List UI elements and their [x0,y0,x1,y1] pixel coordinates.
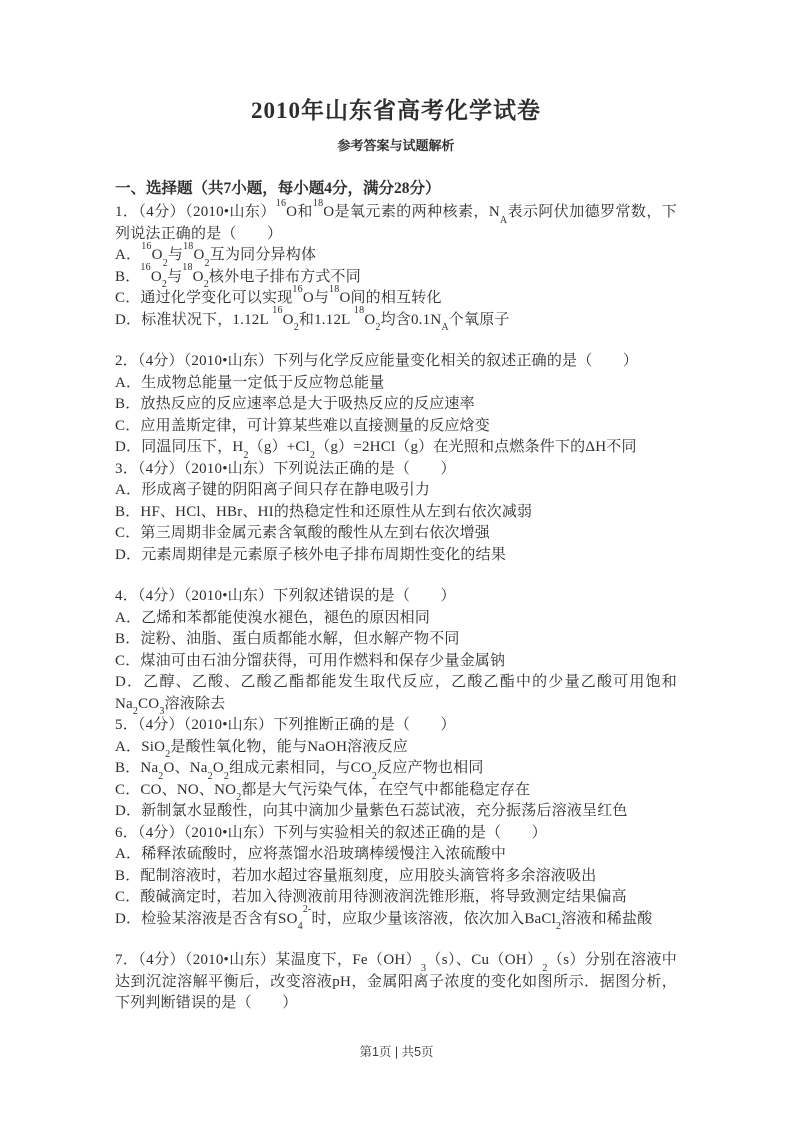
option-b: B．放热反应的反应速率总是大于吸热反应的反应速率 [115,394,677,416]
option-d: D．新制氯水显酸性，向其中滴加少量紫色石蕊试液，充分振荡后溶液呈红色 [115,801,677,823]
page-footer: 第1页 | 共5页 [0,1042,793,1060]
page-subtitle: 参考答案与试题解析 [115,137,677,154]
option-b: B．16O2与18O2核外电子排布方式不同 [115,267,677,289]
page-title: 2010年山东省高考化学试卷 [115,96,677,126]
question-2: 2．（4分）（2010•山东）下列与化学反应能量变化相关的叙述正确的是（ ） A… [115,351,677,459]
document-content: 2010年山东省高考化学试卷 参考答案与试题解析 一、选择题（共7小题，每小题4… [115,0,677,1015]
option-c: C．酸碱滴定时，若加入待测液前用待测液润洗锥形瓶，将导致测定结果偏高 [115,887,677,909]
option-b: B．配制溶液时，若加水超过容量瓶刻度，应用胶头滴管将多余溶液吸出 [115,866,677,888]
option-b: B．Na2O、Na2O2组成元素相同，与CO2反应产物也相同 [115,758,677,780]
option-a: A．形成离子键的阴阳离子间只存在静电吸引力 [115,480,677,502]
option-b: B．HF、HCl、HBr、HI的热稳定性和还原性从左到右依次减弱 [115,502,677,524]
option-a: A．16O2与18O2互为同分异构体 [115,245,677,267]
document-page: 2010年山东省高考化学试卷 参考答案与试题解析 一、选择题（共7小题，每小题4… [0,0,793,1122]
question-1: 1．（4分）（2010•山东）16O和18O是氧元素的两种核素，NA表示阿伏加德… [115,202,677,331]
option-a: A．稀释浓硫酸时，应将蒸馏水沿玻璃棒缓慢注入浓硫酸中 [115,844,677,866]
question-stem: 6．（4分）（2010•山东）下列与实验相关的叙述正确的是（ ） [115,823,677,845]
option-a: A．SiO2是酸性氧化物，能与NaOH溶液反应 [115,737,677,759]
option-d: D．同温同压下，H2（g）+Cl2（g）=2HCl（g）在光照和点燃条件下的ΔH… [115,437,677,459]
option-c: C．应用盖斯定律，可计算某些难以直接测量的反应焓变 [115,416,677,438]
question-7: 7．（4分）（2010•山东）某温度下，Fe（OH）3（s）、Cu（OH）2（s… [115,950,677,1015]
option-d: D．元素周期律是元素原子核外电子排布周期性变化的结果 [115,545,677,567]
question-stem: 2．（4分）（2010•山东）下列与化学反应能量变化相关的叙述正确的是（ ） [115,351,677,373]
option-d: D．乙醇、乙酸、乙酸乙酯都能发生取代反应，乙酸乙酯中的少量乙酸可用饱和Na2CO… [115,672,677,715]
option-c: C．通过化学变化可以实现16O与18O间的相互转化 [115,288,677,310]
question-stem: 3．（4分）（2010•山东）下列说法正确的是（ ） [115,459,677,481]
option-c: C．煤油可由石油分馏获得，可用作燃料和保存少量金属钠 [115,651,677,673]
option-c: C．CO、NO、NO2都是大气污染气体，在空气中都能稳定存在 [115,780,677,802]
question-stem: 4．（4分）（2010•山东）下列叙述错误的是（ ） [115,586,677,608]
option-a: A．生成物总能量一定低于反应物总能量 [115,373,677,395]
option-d: D．检验某溶液是否含有SO42-时，应取少量该溶液，依次加入BaCl2溶液和稀盐… [115,909,677,931]
option-c: C．第三周期非金属元素含氧酸的酸性从左到右依次增强 [115,523,677,545]
question-stem: 1．（4分）（2010•山东）16O和18O是氧元素的两种核素，NA表示阿伏加德… [115,202,677,245]
question-3: 3．（4分）（2010•山东）下列说法正确的是（ ） A．形成离子键的阴阳离子间… [115,459,677,567]
option-d: D．标准状况下，1.12L 16O2和1.12L 18O2均含0.1NA个氧原子 [115,310,677,332]
question-4: 4．（4分）（2010•山东）下列叙述错误的是（ ） A．乙烯和苯都能使溴水褪色… [115,586,677,715]
option-b: B．淀粉、油脂、蛋白质都能水解，但水解产物不同 [115,629,677,651]
question-6: 6．（4分）（2010•山东）下列与实验相关的叙述正确的是（ ） A．稀释浓硫酸… [115,823,677,931]
question-5: 5．（4分）（2010•山东）下列推断正确的是（ ） A．SiO2是酸性氧化物，… [115,715,677,823]
question-stem: 5．（4分）（2010•山东）下列推断正确的是（ ） [115,715,677,737]
option-a: A．乙烯和苯都能使溴水褪色，褪色的原因相同 [115,608,677,630]
question-stem: 7．（4分）（2010•山东）某温度下，Fe（OH）3（s）、Cu（OH）2（s… [115,950,677,1015]
section-heading: 一、选择题（共7小题，每小题4分，满分28分） [115,179,677,199]
